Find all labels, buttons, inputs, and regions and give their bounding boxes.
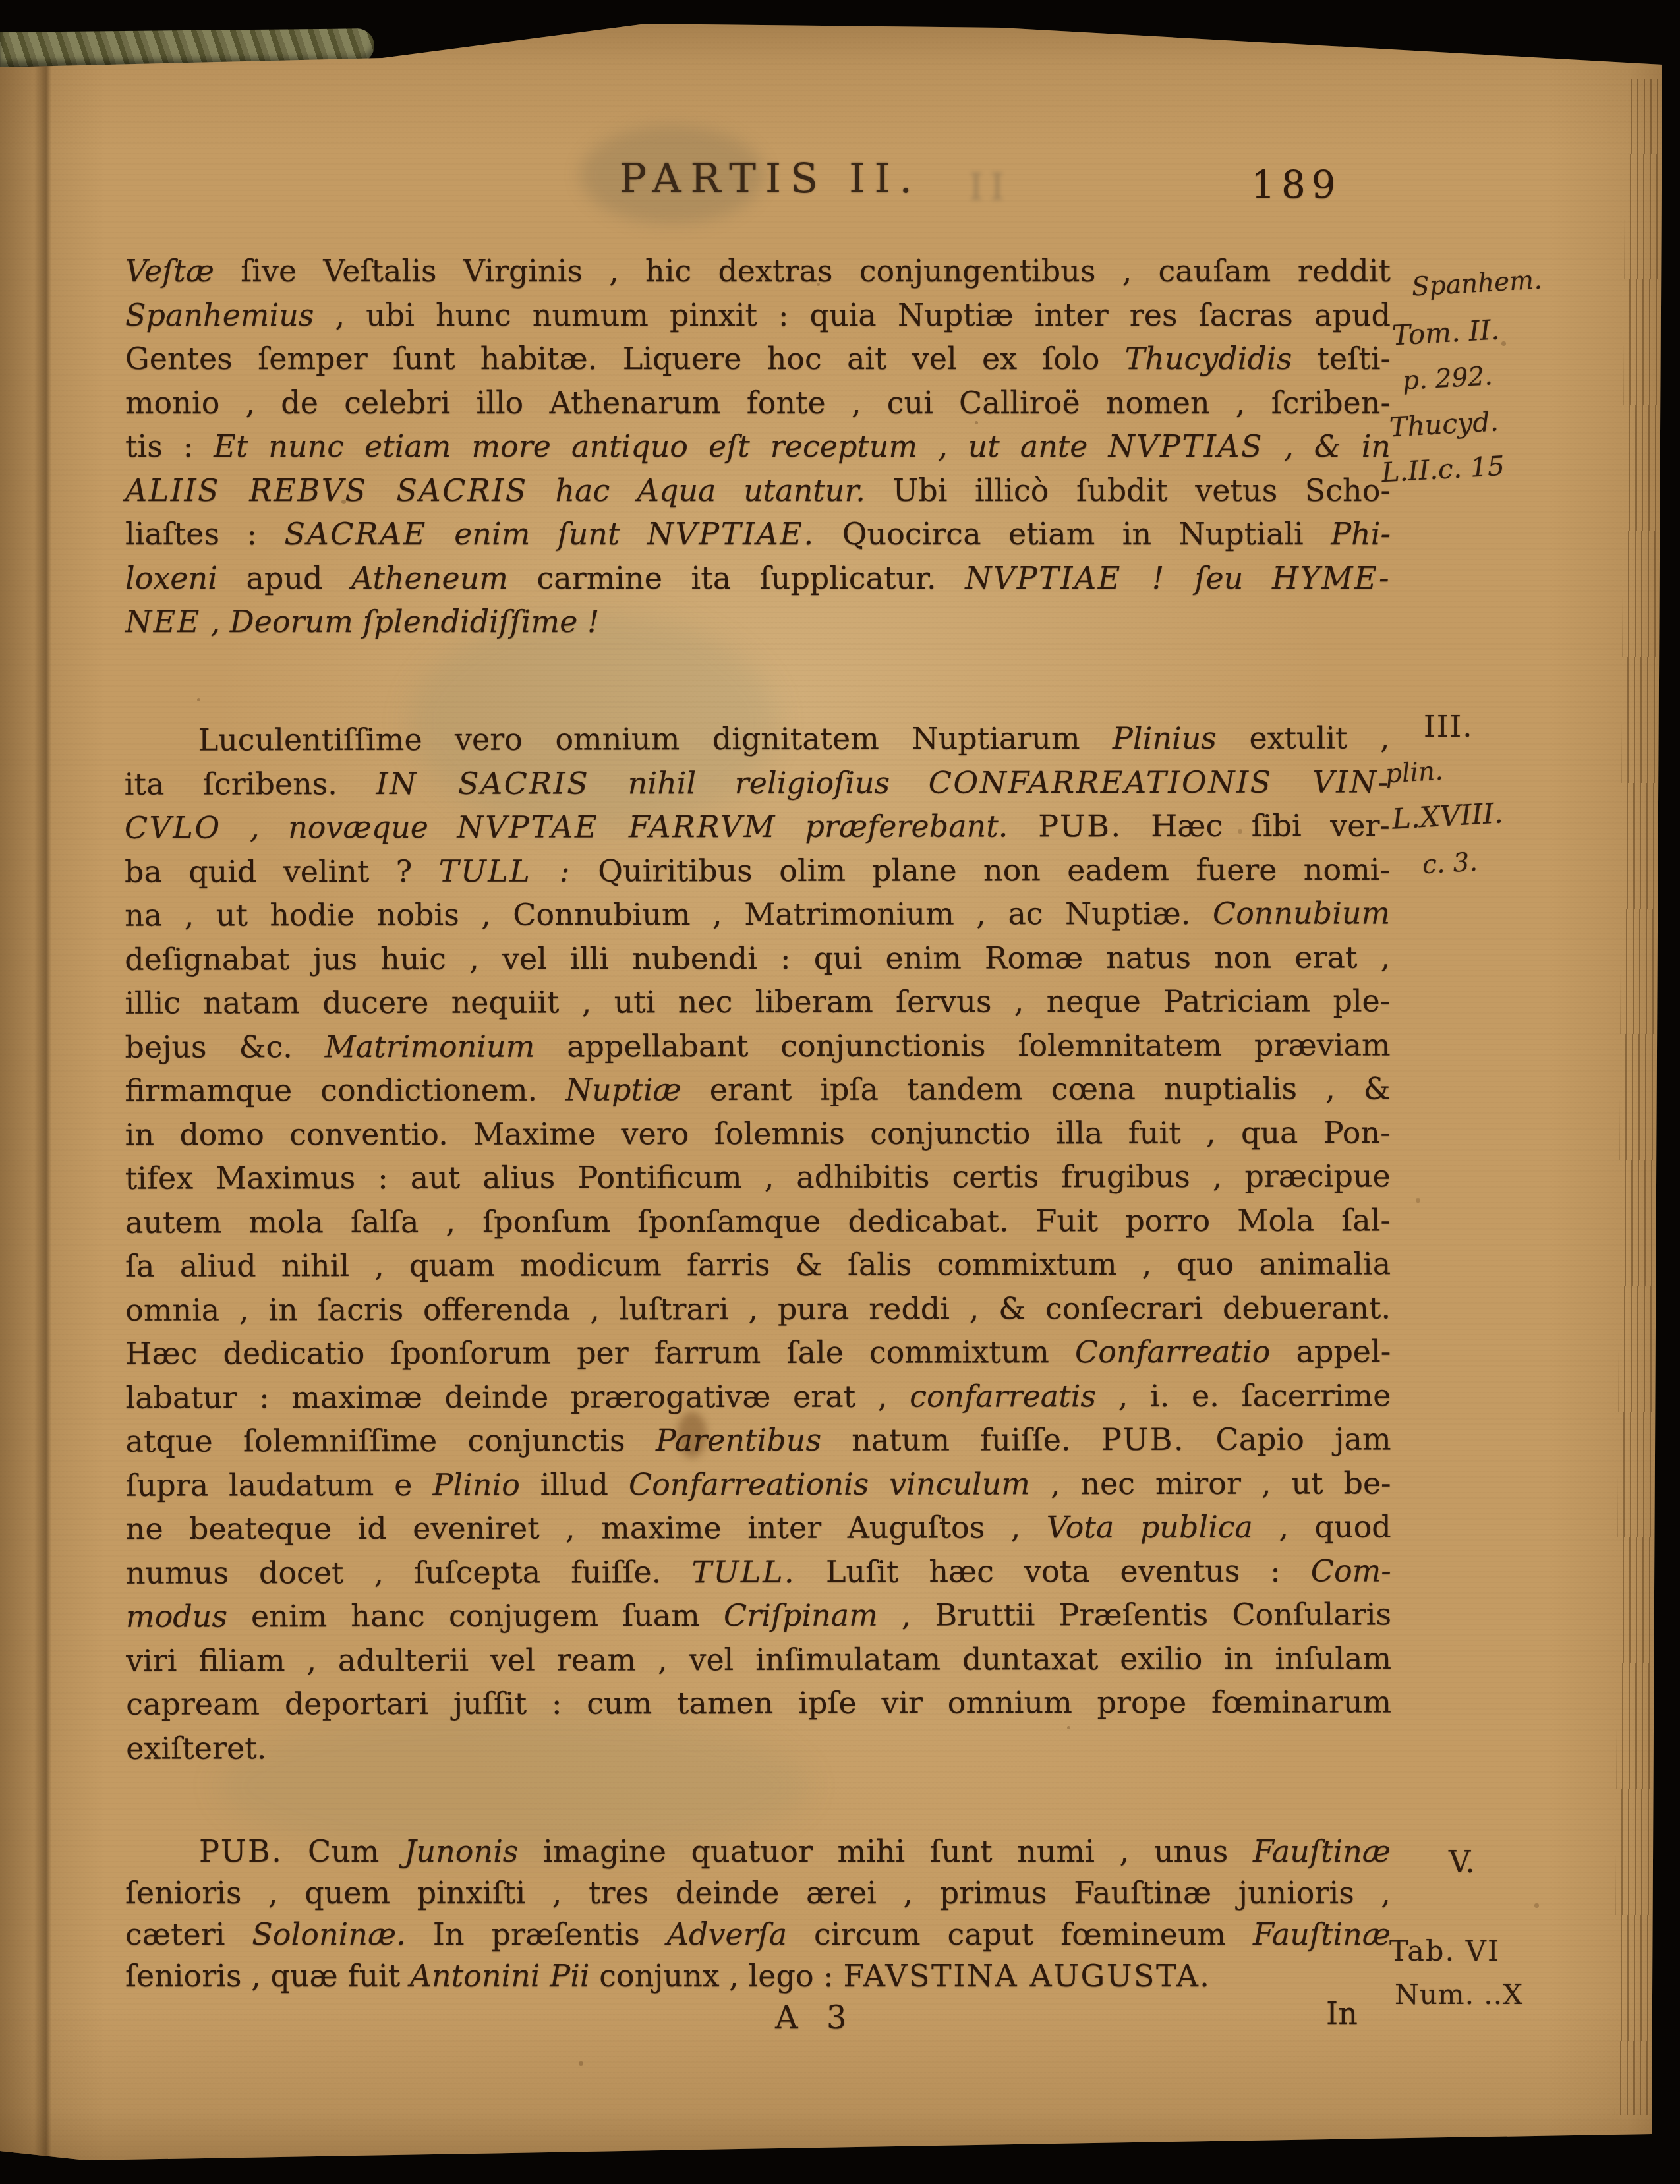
- margin-note: Spanhem.: [1411, 266, 1543, 302]
- text-line: capream deportari juſſit : cum tamen ipſ…: [126, 1680, 1391, 1726]
- margin-note: plin.: [1385, 757, 1444, 790]
- signature-mark: A 3: [775, 1999, 855, 2036]
- margin-note: Tab. VI: [1389, 1935, 1500, 1968]
- text-line: deſignabat jus huic , vel illi nubendi :…: [125, 935, 1390, 981]
- text-line: ita ſcribens. IN SACRIS nihil religioſiu…: [125, 760, 1390, 806]
- text-line: illic natam ducere nequiit , uti nec lib…: [125, 979, 1390, 1025]
- text-line: in domo conventio. Maxime vero ſolemnis …: [125, 1110, 1391, 1157]
- catchword: In: [1326, 1996, 1358, 2031]
- text-line: tis : Et nunc etiam more antiquo eſt rec…: [125, 424, 1391, 469]
- body-paragraph: PUB. Cum Junonis imagine quatuor mihi ſu…: [125, 1831, 1391, 1997]
- bleed-ghost-text: II: [969, 166, 1011, 209]
- text-line: monio , de celebri illo Athenarum fonte …: [125, 381, 1391, 425]
- text-line: modus enim hanc conjugem ſuam Criſpinam …: [126, 1592, 1391, 1638]
- text-line: NEE , Deorum ſplendidiſſime !: [125, 600, 1391, 644]
- text-line: Spanhemius , ubi hunc numum pinxit : qui…: [125, 293, 1391, 337]
- text-line: bejus &c. Matrimonium appellabant conjun…: [125, 1023, 1390, 1069]
- text-line: liaſtes : SACRAE enim ſunt NVPTIAE. Quoc…: [125, 512, 1391, 556]
- text-line: na , ut hodie nobis , Connubium , Matrim…: [125, 891, 1390, 937]
- text-line: ſa aliud nihil , quam modicum farris & ſ…: [125, 1242, 1391, 1288]
- text-line: ſenioris , quem pinxiſti , tres deinde æ…: [125, 1872, 1391, 1914]
- body-paragraph: Veſtæ ſive Veſtalis Virginis , hic dextr…: [125, 249, 1391, 644]
- margin-note: L.II.c. 15: [1381, 450, 1505, 488]
- text-line: exiſteret.: [126, 1724, 1391, 1770]
- body-paragraph: Luculentiſſime vero omnium dignitatem Nu…: [125, 716, 1392, 1769]
- page-title: PARTIS II.: [620, 156, 921, 202]
- margin-note: c. 3.: [1422, 848, 1478, 880]
- text-line: omnia , in ſacris offerenda , luſtrari ,…: [125, 1286, 1391, 1332]
- text-line: autem mola ſalſa , ſponſum ſponſamque de…: [125, 1198, 1391, 1244]
- text-line: numus docet , ſuſcepta fuiſſe. TULL. Luſ…: [126, 1549, 1391, 1595]
- text-line: cæteri Soloninæ. In præſentis Adverſa ci…: [125, 1914, 1391, 1955]
- margin-note: p. 292.: [1402, 361, 1493, 396]
- text-line: ne beateque id eveniret , maxime inter A…: [126, 1505, 1391, 1551]
- margin-note: L.XVIII.: [1391, 797, 1504, 836]
- text-line: ALIIS REBVS SACRIS hac Aqua utantur. Ubi…: [125, 469, 1391, 513]
- text-line: Hæc dedicatio ſponſorum per farrum ſale …: [125, 1329, 1391, 1375]
- margin-note: Thucyd.: [1389, 405, 1499, 443]
- text-line: PUB. Cum Junonis imagine quatuor mihi ſu…: [125, 1831, 1391, 1872]
- text-line: Luculentiſſime vero omnium dignitatem Nu…: [125, 716, 1390, 762]
- text-line: loxeni apud Atheneum carmine ita ſupplic…: [125, 556, 1391, 600]
- paper-specks: [0, 0, 2, 2]
- margin-note: Tom. II.: [1391, 313, 1501, 351]
- margin-note: III.: [1424, 709, 1474, 744]
- margin-note: V.: [1449, 1844, 1475, 1880]
- text-line: atque ſolemniſſime conjunctis Parentibus…: [125, 1417, 1391, 1463]
- text-line: tifex Maximus : aut alius Pontificum , a…: [125, 1154, 1391, 1200]
- text-line: ſupra laudatum e Plinio illud Confarreat…: [126, 1461, 1391, 1507]
- text-line: Gentes ſemper ſunt habitæ. Liquere hoc a…: [125, 337, 1391, 381]
- text-line: CVLO , novæque NVPTAE FARRVM præferebant…: [125, 803, 1390, 849]
- text-line: viri filiam , adulterii vel ream , vel i…: [126, 1636, 1391, 1682]
- text-line: ſenioris , quæ fuit Antonini Pii conjunx…: [125, 1955, 1391, 1997]
- text-line: firmamque condictionem. Nuptiæ erant ipſ…: [125, 1066, 1391, 1112]
- page-edges: [1615, 79, 1660, 2115]
- text-line: Veſtæ ſive Veſtalis Virginis , hic dextr…: [125, 249, 1391, 293]
- page-number: 189: [1251, 162, 1342, 207]
- text-line: labatur : maximæ deinde prærogativæ erat…: [125, 1373, 1391, 1420]
- text-line: ba quid velint ? TULL : Quiritibus olim …: [125, 848, 1390, 894]
- book-page: PARTIS II. II 189 Veſtæ ſive Veſtalis Vi…: [0, 0, 1680, 2184]
- margin-note: Num. ..X: [1395, 1978, 1523, 2011]
